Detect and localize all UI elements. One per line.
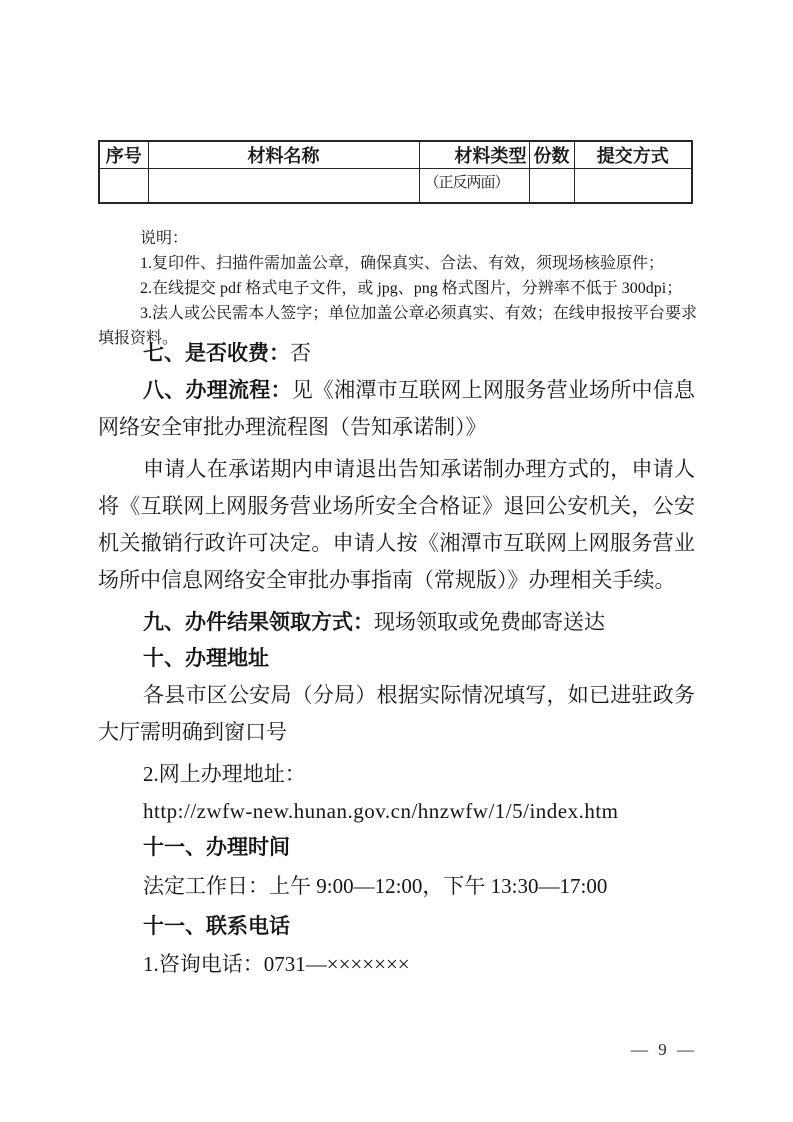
col-header-submit-method: 提交方式 (574, 141, 692, 169)
notes-item-2: 2.在线提交 pdf 格式电子文件，或 jpg、png 格式图片，分辨率不低于 … (98, 276, 697, 301)
col-header-material-name: 材料名称 (148, 141, 419, 169)
col-header-material-type: 材料类型 (419, 141, 529, 169)
section-fee: 七、是否收费：否 (98, 335, 695, 372)
section-result-delivery: 九、办件结果领取方式：现场领取或免费邮寄送达 (98, 604, 695, 641)
section-result-delivery-value: 现场领取或免费邮寄送达 (374, 610, 605, 634)
page-number: — 9 — (0, 1040, 697, 1060)
notes-section: 说明： 1.复印件、扫描件需加盖公章，确保真实、合法、有效，须现场核验原件； 2… (98, 226, 697, 351)
section-result-delivery-label: 九、办件结果领取方式： (143, 611, 374, 634)
online-address-url: http://zwfw-new.hunan.gov.cn/hnzwfw/1/5/… (98, 793, 695, 830)
cell-seq (99, 169, 148, 203)
notes-label: 说明： (98, 226, 697, 251)
col-header-count: 份数 (529, 141, 574, 169)
paragraph-withdraw-commitment: 申请人在承诺期内申请退出告知承诺制办理方式的，申请人将《互联网上网服务营业场所安… (98, 451, 695, 599)
cell-material-name (148, 169, 419, 203)
cell-submit-method (574, 169, 692, 203)
paragraph-online-address-label: 2.网上办理地址： (98, 756, 695, 793)
section-fee-label: 七、是否收费： (143, 342, 290, 365)
cell-material-type: （正反两面） (419, 169, 529, 203)
section-process: 八、办理流程：见《湘潭市互联网上网服务营业场所中信息网络安全审批办理流程图（告知… (98, 372, 695, 446)
section-address-heading-label: 十、办理地址 (143, 647, 269, 670)
paragraph-consult-phone: 1.咨询电话：0731—××××××× (98, 946, 695, 983)
paragraph-address-note: 各县市区公安局（分局）根据实际情况填写，如已进驻政务大厅需明确到窗口号 (98, 677, 695, 751)
materials-table-header-row: 序号 材料名称 材料类型 份数 提交方式 (99, 141, 692, 169)
table-row: （正反两面） (99, 169, 692, 203)
section-phone-heading-label: 十一、联系电话 (143, 915, 290, 938)
paragraph-working-hours: 法定工作日：上午 9:00—12:00，下午 13:30—17:00 (98, 868, 695, 905)
section-process-label: 八、办理流程： (143, 379, 292, 402)
section-fee-value: 否 (290, 341, 311, 365)
notes-item-1: 1.复印件、扫描件需加盖公章，确保真实、合法、有效，须现场核验原件； (98, 251, 697, 276)
cell-count (529, 169, 574, 203)
section-phone-heading: 十一、联系电话 (98, 908, 695, 945)
col-header-seq: 序号 (99, 141, 148, 169)
materials-table: 序号 材料名称 材料类型 份数 提交方式 （正反两面） (98, 140, 693, 204)
section-time-heading: 十一、办理时间 (98, 829, 695, 866)
section-time-heading-label: 十一、办理时间 (143, 836, 290, 859)
section-address-heading: 十、办理地址 (98, 640, 695, 677)
